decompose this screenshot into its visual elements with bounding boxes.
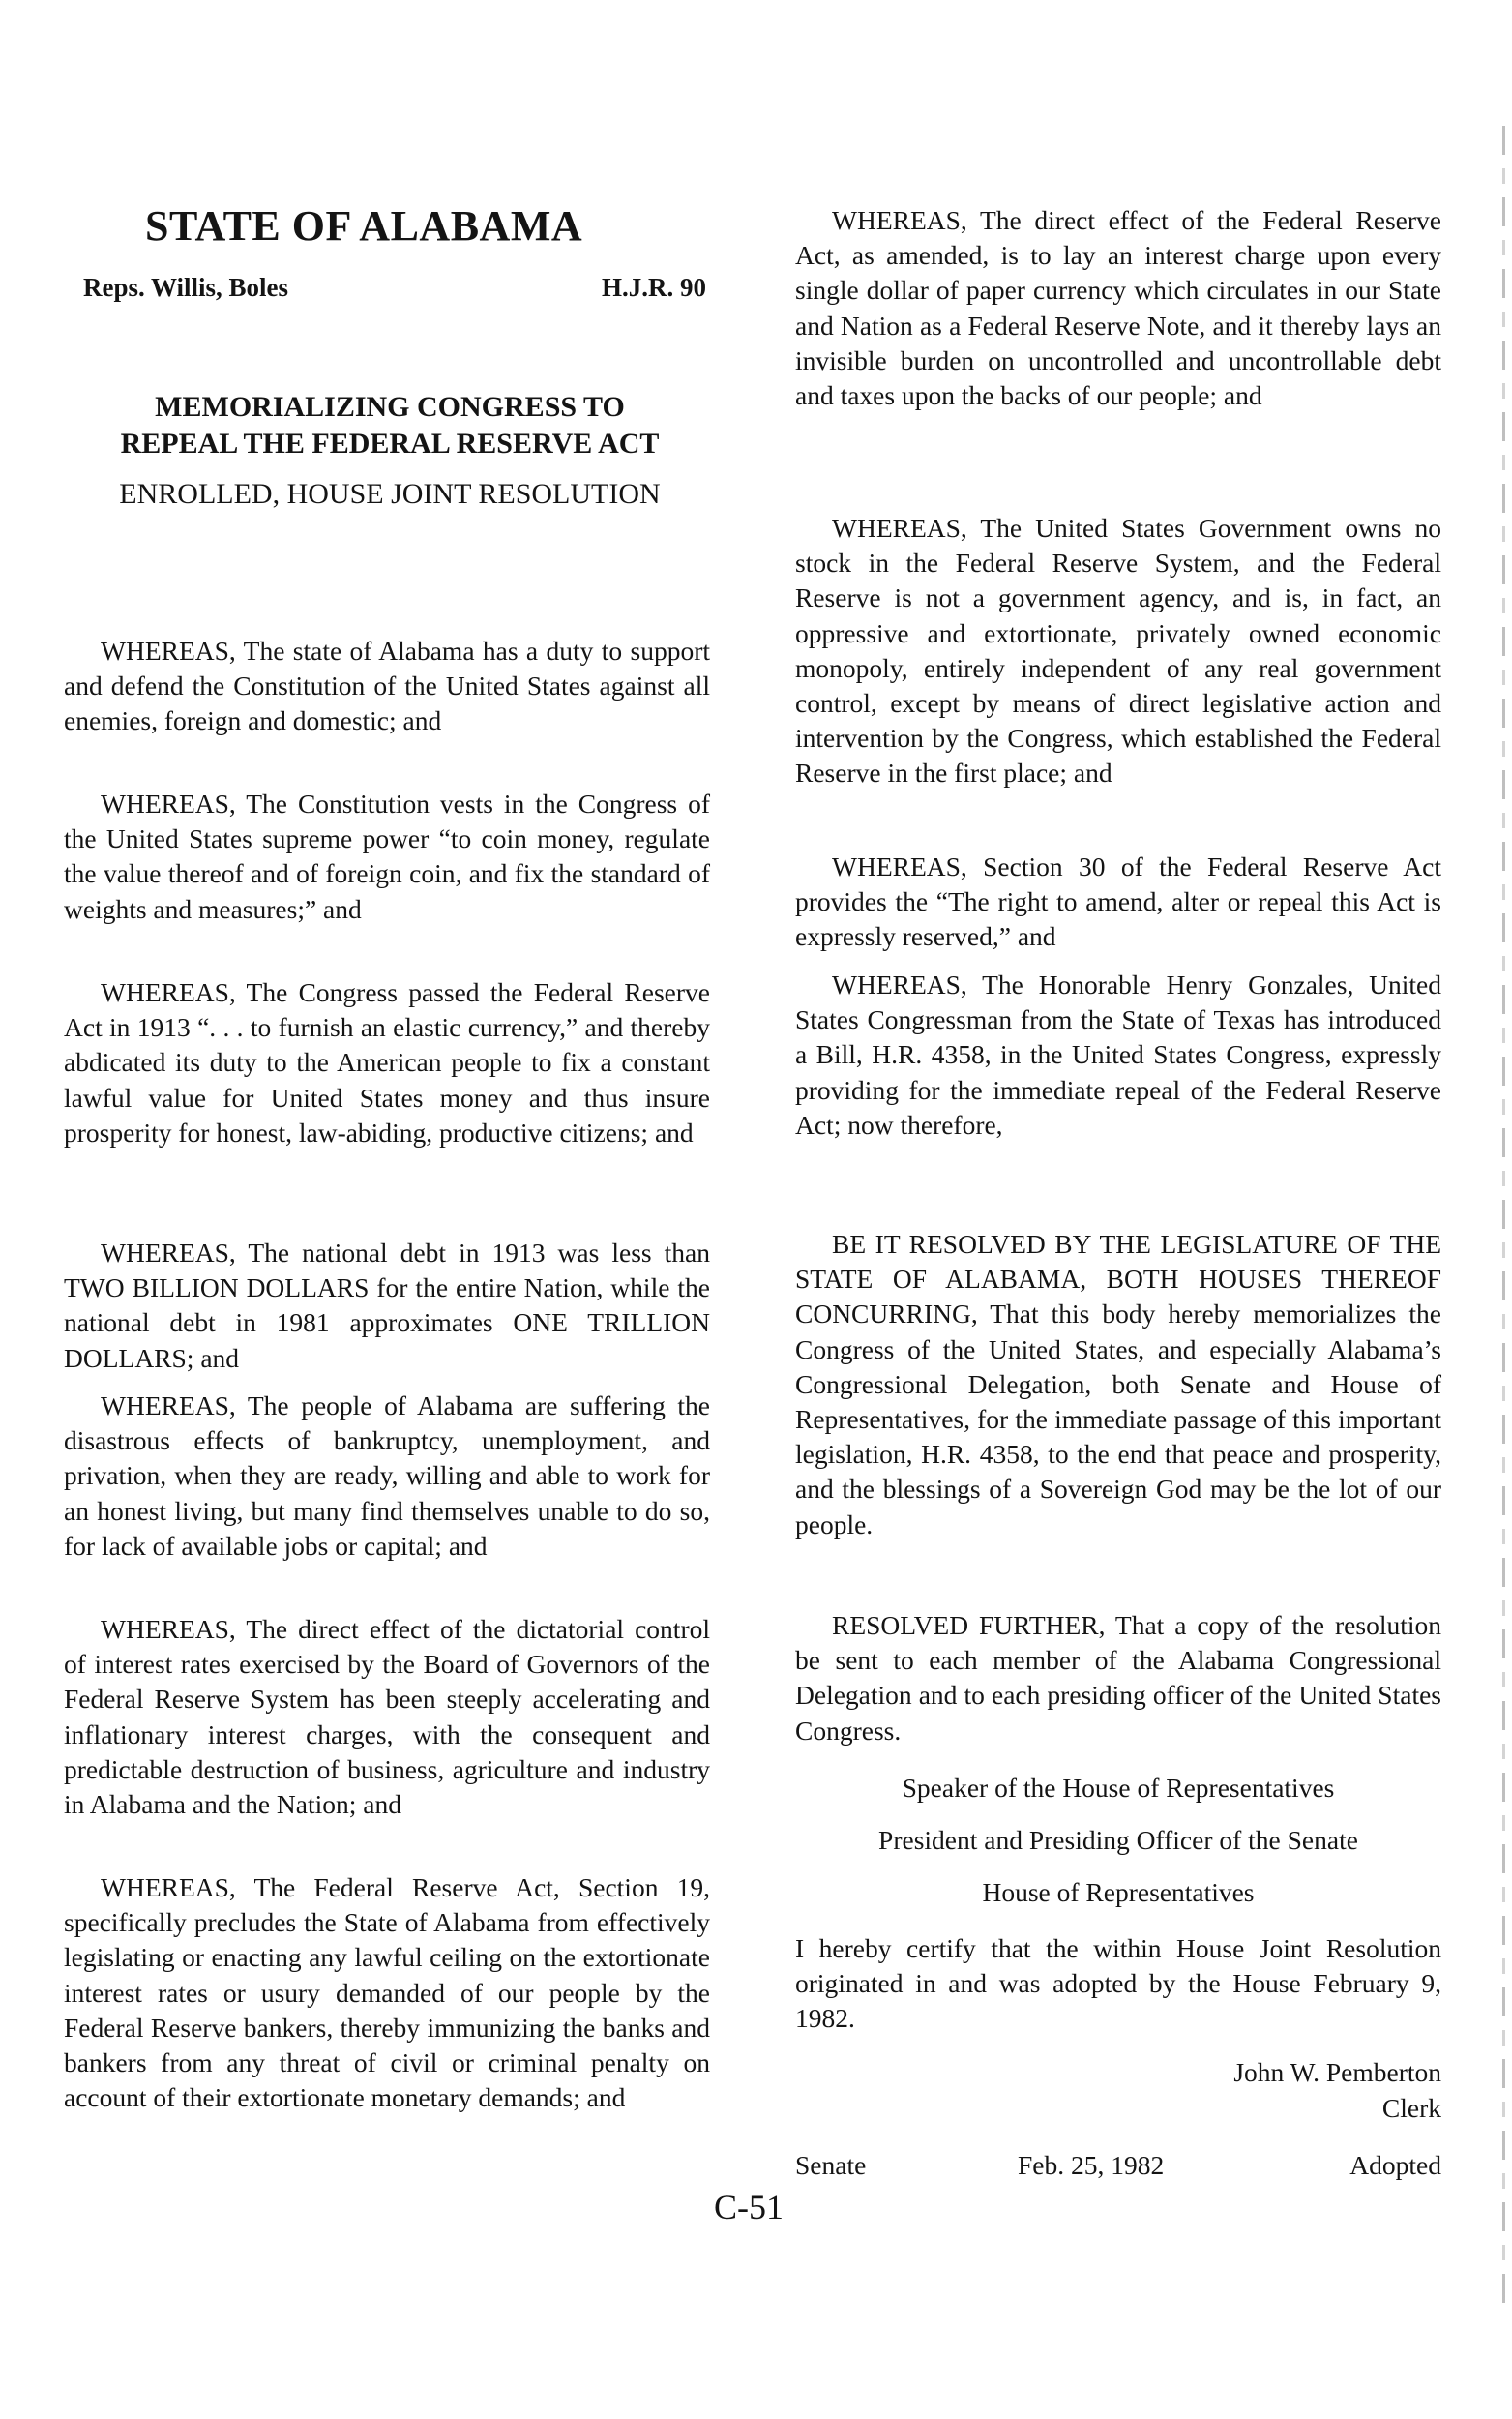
senate-date: Feb. 25, 1982 <box>1018 2150 1164 2181</box>
resolution-heading-line1: MEMORIALIZING CONGRESS TO <box>68 391 712 424</box>
bill-number: H.J.R. 90 <box>602 273 706 303</box>
house-signature-line: House of Representatives <box>795 1877 1441 1908</box>
document-title: STATE OF ALABAMA <box>145 201 648 251</box>
whereas-paragraph: WHEREAS, The state of Alabama has a duty… <box>64 634 710 739</box>
whereas-paragraph: WHEREAS, The direct effect of the dictat… <box>64 1612 710 1822</box>
document-page: STATE OF ALABAMA Reps. Willis, Boles H.J… <box>0 0 1512 2419</box>
page-number: C-51 <box>714 2187 784 2227</box>
whereas-paragraph: WHEREAS, The Federal Reserve Act, Sectio… <box>64 1870 710 2115</box>
whereas-paragraph: WHEREAS, Section 30 of the Federal Reser… <box>795 850 1441 955</box>
scan-binding-edge <box>1502 126 1505 2313</box>
whereas-paragraph: WHEREAS, The Congress passed the Federal… <box>64 975 710 1150</box>
resolution-heading-line2: REPEAL THE FEDERAL RESERVE ACT <box>68 428 712 461</box>
clerk-title: Clerk <box>1382 2093 1441 2124</box>
whereas-paragraph: WHEREAS, The direct effect of the Federa… <box>795 203 1441 413</box>
clerk-name: John W. Pemberton <box>1233 2057 1441 2088</box>
certification-text: I hereby certify that the within House J… <box>795 1931 1441 2037</box>
president-signature-line: President and Presiding Officer of the S… <box>795 1825 1441 1856</box>
senate-chamber: Senate <box>795 2150 866 2181</box>
resolved-further-paragraph: RESOLVED FURTHER, That a copy of the res… <box>795 1608 1441 1748</box>
resolved-paragraph: BE IT RESOLVED BY THE LEGISLATURE OF THE… <box>795 1227 1441 1542</box>
resolution-type: ENROLLED, HOUSE JOINT RESOLUTION <box>68 478 712 511</box>
sponsors: Reps. Willis, Boles <box>83 273 288 303</box>
whereas-paragraph: WHEREAS, The United States Government ow… <box>795 511 1441 791</box>
whereas-paragraph: WHEREAS, The Honorable Henry Gonzales, U… <box>795 968 1441 1143</box>
senate-status: Adopted <box>1349 2150 1441 2181</box>
whereas-paragraph: WHEREAS, The Constitution vests in the C… <box>64 787 710 927</box>
speaker-signature-line: Speaker of the House of Representatives <box>795 1773 1441 1804</box>
whereas-paragraph: WHEREAS, The people of Alabama are suffe… <box>64 1389 710 1564</box>
whereas-paragraph: WHEREAS, The national debt in 1913 was l… <box>64 1236 710 1376</box>
